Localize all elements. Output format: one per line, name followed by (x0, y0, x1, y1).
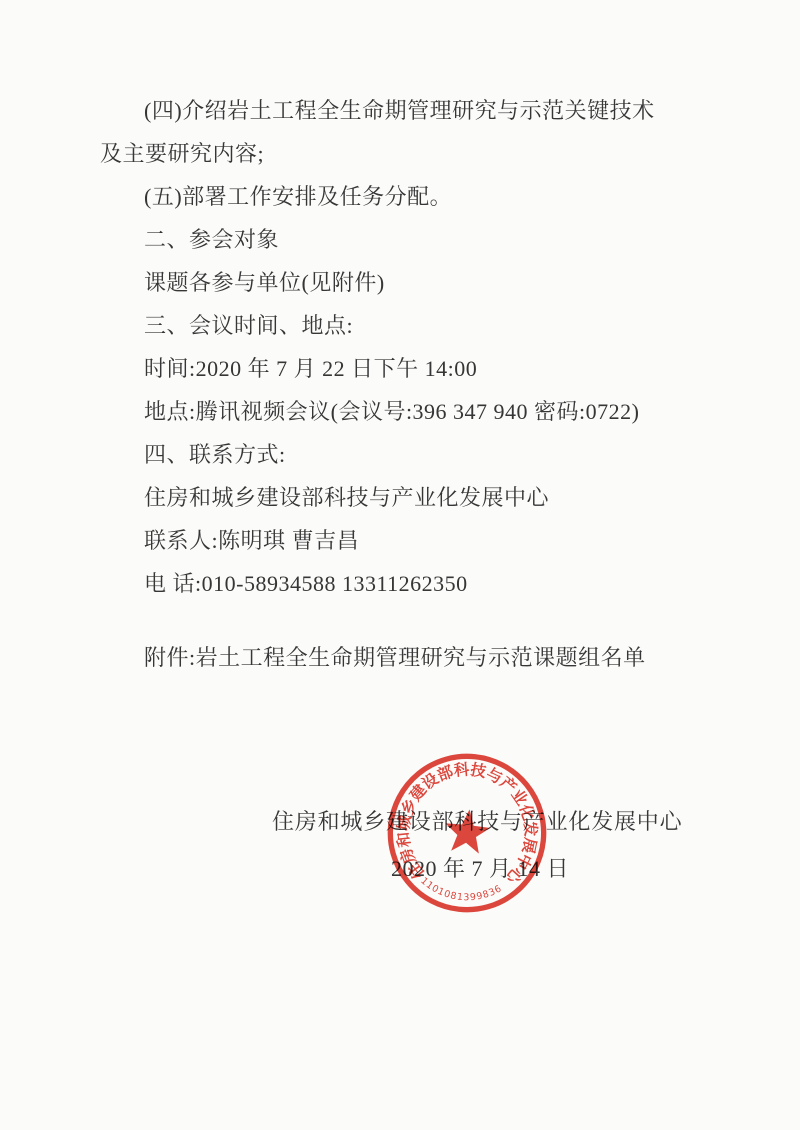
document-page: (四)介绍岩土工程全生命期管理研究与示范关键技术 及主要研究内容; (五)部署工… (0, 0, 800, 1130)
document-line: (五)部署工作安排及任务分配。 (100, 175, 708, 218)
document-line: 二、参会对象 (100, 218, 708, 261)
document-line: 课题各参与单位(见附件) (100, 261, 708, 304)
document-line: 地点:腾讯视频会议(会议号:396 347 940 密码:0722) (100, 390, 708, 433)
star-icon (442, 807, 492, 855)
document-body: (四)介绍岩土工程全生命期管理研究与示范关键技术 及主要研究内容; (五)部署工… (100, 89, 708, 605)
document-line: 电 话:010-58934588 13311262350 (100, 562, 708, 605)
document-line: 三、会议时间、地点: (100, 304, 708, 347)
document-line: 四、联系方式: (100, 433, 708, 476)
document-line: 及主要研究内容; (100, 132, 708, 175)
document-line: 联系人:陈明琪 曹吉昌 (100, 519, 708, 562)
official-seal: 住房和城乡建设部科技与产业化发展中心 1101081399836 (385, 751, 549, 915)
attachment-note: 附件:岩土工程全生命期管理研究与示范课题组名单 (100, 636, 646, 679)
document-line: 住房和城乡建设部科技与产业化发展中心 (100, 476, 708, 519)
document-line: (四)介绍岩土工程全生命期管理研究与示范关键技术 (100, 89, 708, 132)
document-line: 时间:2020 年 7 月 22 日下午 14:00 (100, 347, 708, 390)
